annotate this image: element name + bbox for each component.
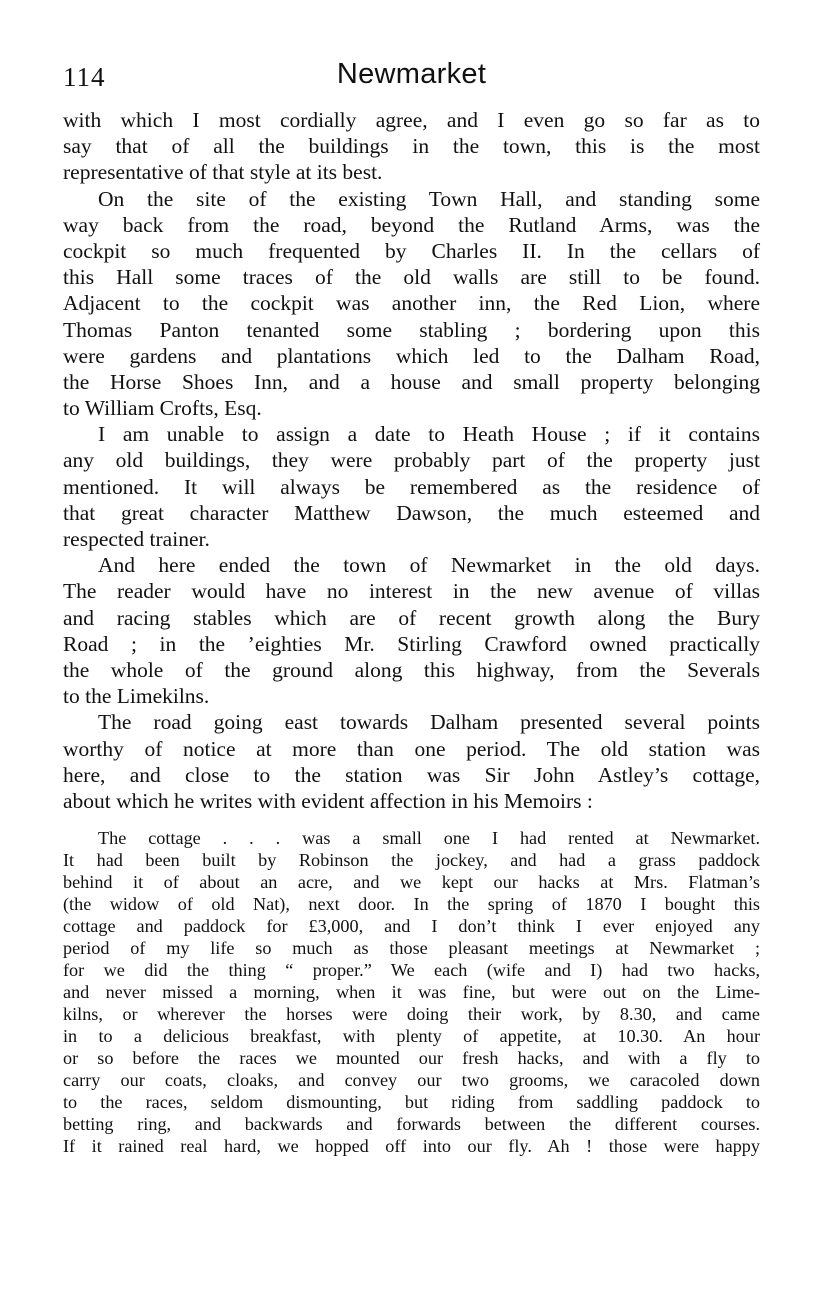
text-line: cockpit so much frequented by Charles II… xyxy=(63,238,760,264)
text-line: with which I most cordially agree, and I… xyxy=(63,107,760,133)
quote-line: It had been built by Robinson the jockey… xyxy=(63,849,760,871)
text-line: way back from the road, beyond the Rutla… xyxy=(63,212,760,238)
text-line: respected trainer. xyxy=(63,526,760,552)
quote-line: betting ring, and backwards and forwards… xyxy=(63,1113,760,1135)
paragraph-town-hall: On the site of the existing Town Hall, a… xyxy=(63,186,760,422)
quote-line: cottage and paddock for £3,000, and I do… xyxy=(63,915,760,937)
text-line: Thomas Panton tenanted some stabling ; b… xyxy=(63,317,760,343)
text-line: about which he writes with evident affec… xyxy=(63,788,760,814)
quote-line: The cottage . . . was a small one I had … xyxy=(63,827,760,849)
text-line: and racing stables which are of recent g… xyxy=(63,605,760,631)
text-line: Road ; in the ’eighties Mr. Stirling Cra… xyxy=(63,631,760,657)
text-line: I am unable to assign a date to Heath Ho… xyxy=(63,421,760,447)
text-line: The reader would have no interest in the… xyxy=(63,578,760,604)
quote-line: carry our coats, cloaks, and convey our … xyxy=(63,1069,760,1091)
quote-line: kilns, or wherever the horses were doing… xyxy=(63,1003,760,1025)
quote-line: If it rained real hard, we hopped off in… xyxy=(63,1135,760,1157)
running-title: Newmarket xyxy=(63,58,760,91)
quote-line: or so before the races we mounted our fr… xyxy=(63,1047,760,1069)
text-line: On the site of the existing Town Hall, a… xyxy=(63,186,760,212)
text-line: mentioned. It will always be remembered … xyxy=(63,474,760,500)
quote-line: (the widow of old Nat), next door. In th… xyxy=(63,893,760,915)
quote-line: in to a delicious breakfast, with plenty… xyxy=(63,1025,760,1047)
quote-line: behind it of about an acre, and we kept … xyxy=(63,871,760,893)
text-line: this Hall some traces of the old walls a… xyxy=(63,264,760,290)
text-line: say that of all the buildings in the tow… xyxy=(63,133,760,159)
text-line: the whole of the ground along this highw… xyxy=(63,657,760,683)
text-line: the Horse Shoes Inn, and a house and sma… xyxy=(63,369,760,395)
quote-line: for we did the thing “ proper.” We each … xyxy=(63,959,760,981)
body-text: with which I most cordially agree, and I… xyxy=(63,107,760,814)
paragraph-dalham-road: The road going east towards Dalham prese… xyxy=(63,709,760,814)
text-line: to William Crofts, Esq. xyxy=(63,395,760,421)
paragraph-heath-house: I am unable to assign a date to Heath Ho… xyxy=(63,421,760,552)
text-line: here, and close to the station was Sir J… xyxy=(63,762,760,788)
quote-line: and never missed a morning, when it was … xyxy=(63,981,760,1003)
text-line: to the Limekilns. xyxy=(63,683,760,709)
quote-line: to the races, seldom dismounting, but ri… xyxy=(63,1091,760,1113)
text-line: any old buildings, they were probably pa… xyxy=(63,447,760,473)
paragraph-old-days: And here ended the town of Newmarket in … xyxy=(63,552,760,709)
text-line: And here ended the town of Newmarket in … xyxy=(63,552,760,578)
text-line: were gardens and plantations which led t… xyxy=(63,343,760,369)
paragraph-continuation: with which I most cordially agree, and I… xyxy=(63,107,760,186)
running-head: 114 Newmarket xyxy=(63,58,760,98)
text-line: Adjacent to the cockpit was another inn,… xyxy=(63,290,760,316)
text-line: The road going east towards Dalham prese… xyxy=(63,709,760,735)
quote-line: period of my life so much as those pleas… xyxy=(63,937,760,959)
text-line: worthy of notice at more than one period… xyxy=(63,736,760,762)
text-line: that great character Matthew Dawson, the… xyxy=(63,500,760,526)
text-line: representative of that style at its best… xyxy=(63,159,760,185)
block-quote-astley-memoirs: The cottage . . . was a small one I had … xyxy=(63,827,760,1157)
